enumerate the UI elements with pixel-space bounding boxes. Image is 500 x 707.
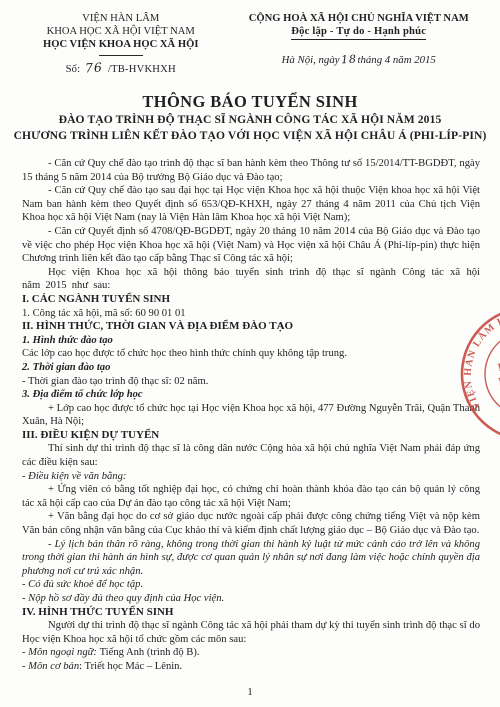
paragraph: Học viện Khoa học xã hội thông báo tuyển… xyxy=(22,266,480,293)
national-motto-block: CỘNG HOÀ XÃ HỘI CHỦ NGHĨA VIỆT NAM Độc l… xyxy=(225,12,492,76)
document-number-prefix: Số: xyxy=(66,64,81,75)
document-subtitle-2: CHƯƠNG TRÌNH LIÊN KẾT ĐÀO TẠO VỚI HỌC VI… xyxy=(0,129,500,144)
subsection-heading: 1. Hình thức đào tạo xyxy=(22,334,480,348)
subsection-heading: 3. Địa điểm tổ chức lớp học xyxy=(22,388,480,402)
paragraph: Thí sinh dự thi trình độ thạc sĩ là công… xyxy=(22,442,480,469)
section-heading: I. CÁC NGÀNH TUYỂN SINH xyxy=(22,293,480,307)
section-heading: IV. HÌNH THỨC TUYỂN SINH xyxy=(22,606,480,620)
paragraph: - Thời gian đào tạo trình độ thạc sĩ: 02… xyxy=(22,375,480,389)
document-subtitle-1: ĐÀO TẠO TRÌNH ĐỘ THẠC SĨ NGÀNH CÔNG TÁC … xyxy=(0,113,500,128)
paragraph: - Điều kiện về văn bằng: xyxy=(22,470,480,484)
handwritten-document-number: 76 xyxy=(83,60,106,74)
paragraph: + Ứng viên có bằng tốt nghiệp đại học, c… xyxy=(22,483,480,510)
org-line-2: KHOA HỌC XÃ HỘI VIỆT NAM xyxy=(16,25,225,38)
section-heading: III. ĐIỀU KIỆN DỰ TUYỂN xyxy=(22,429,480,443)
date-suffix: tháng 4 năm 2015 xyxy=(358,54,436,66)
document-title-block: THÔNG BÁO TUYỂN SINH ĐÀO TẠO TRÌNH ĐỘ TH… xyxy=(0,93,500,144)
org-line-3: HỌC VIỆN KHOA HỌC XÃ HỘI xyxy=(16,38,225,51)
page-number: 1 xyxy=(0,686,500,698)
paragraph: Người dự thi trình độ thạc sĩ ngành Công… xyxy=(22,619,480,646)
svg-text:VIỆN HÀN LÂM KHOA HỌC XÃ HỘI: VIỆN HÀN LÂM KHOA HỌC XÃ HỘI xyxy=(447,295,500,413)
seal-outer-ring xyxy=(448,294,500,454)
handwritten-day: 18 xyxy=(339,53,358,67)
national-motto: Độc lập - Tự do - Hạnh phúc xyxy=(291,25,426,40)
paragraph: - Môn ngoại ngữ: Tiếng Anh (trình độ B). xyxy=(22,646,480,660)
section-heading: II. HÌNH THỨC, THỜI GIAN VÀ ĐỊA ĐIỂM ĐÀO… xyxy=(22,320,480,334)
paragraph: - Môn cơ bản: Triết học Mác – Lênin. xyxy=(22,660,480,674)
paragraph: - Căn cứ Quyết định số 4708/QĐ-BGDĐT, ng… xyxy=(22,225,480,266)
paragraph: - Căn cứ Quy chế đào tạo trình độ thạc s… xyxy=(22,157,480,184)
document-number-line: Số: 76 /TB-HVKHXH xyxy=(16,61,225,76)
paragraph: - Căn cứ Quy chế đào tạo sau đại học tại… xyxy=(22,184,480,225)
paragraph: - Có đủ sức khoẻ để học tập. xyxy=(22,578,480,592)
date-prefix: Hà Nội, ngày xyxy=(282,54,340,66)
header-divider-rule xyxy=(99,55,143,56)
paragraph: 1. Công tác xã hội, mã số: 60 90 01 01 xyxy=(22,307,480,321)
org-line-1: VIỆN HÀN LÂM xyxy=(16,12,225,25)
document-page: VIỆN HÀN LÂM KHOA HỌC XÃ HỘI VIỆT NAM HỌ… xyxy=(0,0,500,707)
issuing-org-block: VIỆN HÀN LÂM KHOA HỌC XÃ HỘI VIỆT NAM HỌ… xyxy=(16,12,225,76)
paragraph: - Lý lịch bản thân rõ ràng, không trong … xyxy=(22,538,480,579)
document-body: - Căn cứ Quy chế đào tạo trình độ thạc s… xyxy=(0,144,500,674)
document-title: THÔNG BÁO TUYỂN SINH xyxy=(0,93,500,111)
paragraph-text: : Triết học Mác – Lênin. xyxy=(79,661,182,672)
seal-ring-text: VIỆN HÀN LÂM KHOA HỌC XÃ HỘI xyxy=(447,295,500,413)
national-title: CỘNG HOÀ XÃ HỘI CHỦ NGHĨA VIỆT NAM xyxy=(225,12,492,25)
seal-center-line-1: HỌC VIỆN xyxy=(496,348,500,374)
paragraph: + Văn bằng đại học do cơ sở giáo dục nướ… xyxy=(22,510,480,537)
paragraph: Các lớp cao học được tổ chức học theo hì… xyxy=(22,347,480,361)
paragraph: + Lớp cao học được tổ chức học tại Học v… xyxy=(22,402,480,429)
paragraph-text: Tiếng Anh (trình độ B). xyxy=(100,647,200,658)
emphasized-label: - Môn cơ bản xyxy=(22,661,79,672)
paragraph: - Nộp hồ sơ đầy đủ theo quy định của Học… xyxy=(22,592,480,606)
subsection-heading: 2. Thời gian đào tạo xyxy=(22,361,480,375)
date-line: Hà Nội, ngày18tháng 4 năm 2015 xyxy=(225,53,492,67)
emphasized-label: - Môn ngoại ngữ: xyxy=(22,647,100,658)
document-number-suffix: /TB-HVKHXH xyxy=(108,64,176,75)
document-header: VIỆN HÀN LÂM KHOA HỌC XÃ HỘI VIỆT NAM HỌ… xyxy=(0,0,500,76)
official-seal: VIỆN HÀN LÂM KHOA HỌC XÃ HỘI HỌC VIỆN KH… xyxy=(443,289,500,459)
